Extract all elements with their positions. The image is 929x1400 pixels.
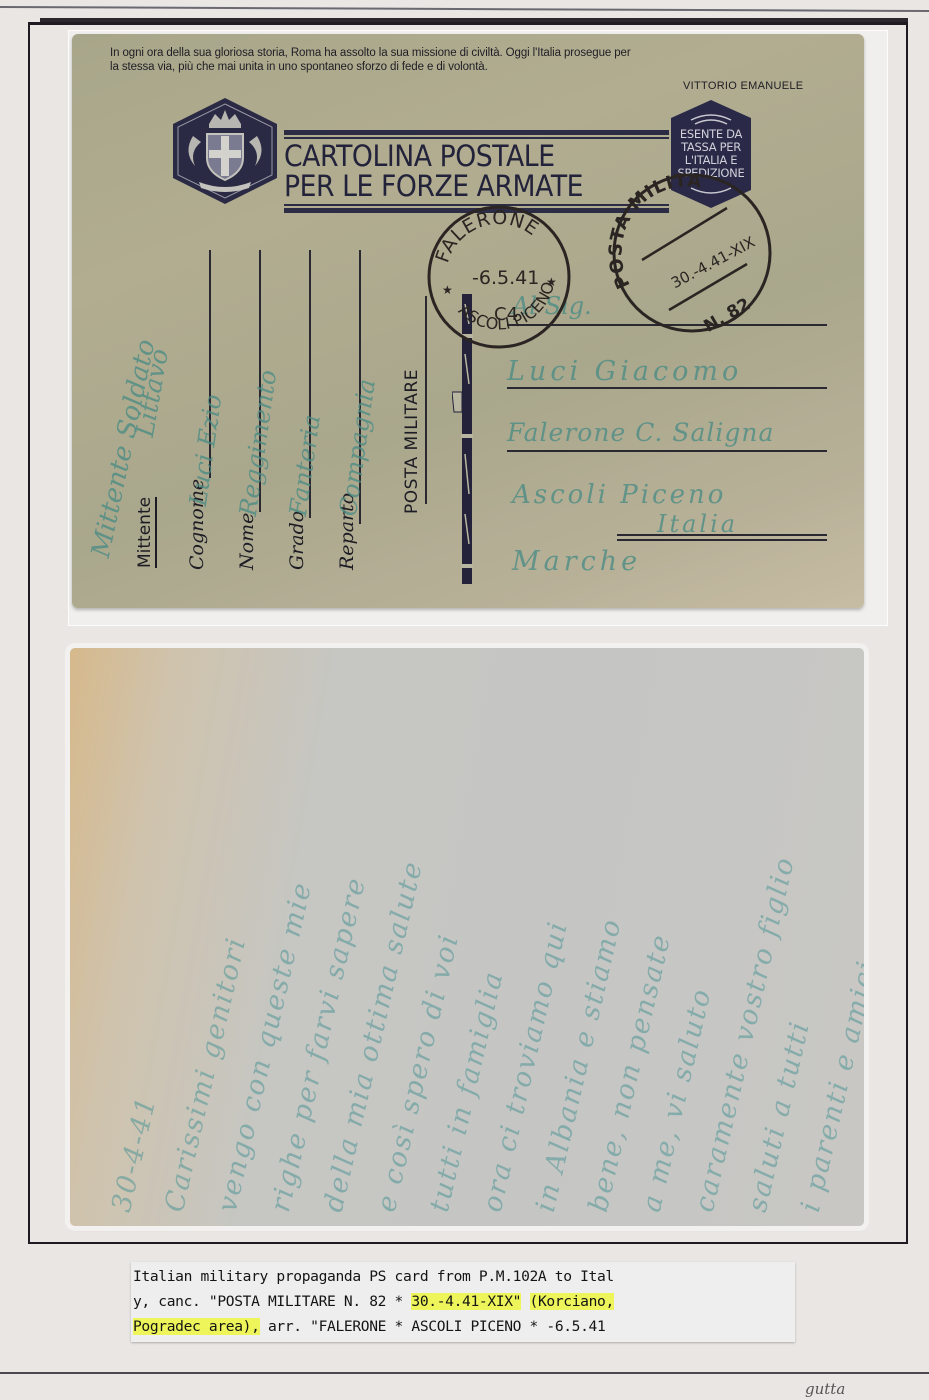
handwritten-sender-line: Compagnia — [334, 377, 381, 518]
handwritten-address-line: Ascoli Piceno — [512, 480, 726, 510]
postcard-back: 30-4-41Carissimi genitorivengo con quest… — [70, 648, 864, 1226]
field-nome: Nome — [236, 513, 258, 570]
postmark-falerone-icon: FALERONE ASCOLI PICENO -6.5.41 ★ ★ C4 — [424, 202, 574, 352]
address-line-4b — [617, 539, 827, 541]
caption-line-1: Italian military propaganda PS card from… — [133, 1264, 795, 1289]
caption-line-3: Pogradec area), arr. "FALERONE * ASCOLI … — [133, 1314, 795, 1339]
title-rule-top — [284, 130, 669, 135]
field-grado: Grado — [286, 511, 308, 570]
svg-text:FALERONE: FALERONE — [431, 207, 543, 266]
svg-text:-6.5.41: -6.5.41 — [472, 267, 539, 289]
motto-author: VITTORIO EMANUELE — [683, 80, 803, 92]
svg-text:N. 82: N. 82 — [701, 294, 755, 336]
svg-text:C4: C4 — [494, 304, 518, 325]
address-line-2 — [507, 387, 827, 389]
description-caption: Italian military propaganda PS card from… — [131, 1262, 795, 1342]
handwritten-address-line: Luci Giacomo — [507, 356, 742, 387]
caption-text: Italian military propaganda PS card from… — [133, 1268, 614, 1285]
savoy-crest-icon — [169, 96, 281, 206]
address-line-3 — [507, 450, 827, 452]
handwritten-sender-line: Reggimento — [234, 368, 282, 518]
handwritten-letter-line: 30-4-41 — [106, 1093, 163, 1215]
caption-text: arr. "FALERONE * ASCOLI PICENO * -6.5.41 — [260, 1318, 606, 1335]
handwritten-address-line: Italia — [657, 510, 738, 538]
caption-highlight-area: Pogradec area), — [133, 1318, 260, 1335]
handwritten-address-line: Falerone C. Saligna — [507, 418, 774, 447]
motto-line-2: la stessa via, più che mai unita in uno … — [110, 60, 864, 74]
handwritten-sender-line: Luci Ezio — [184, 393, 227, 508]
title-forze-armate: PER LE FORZE ARMATE — [284, 171, 638, 201]
caption-highlight-date: 30.-4.41-XIX" — [411, 1293, 521, 1310]
postcard-front: In ogni ora della sua gloriosa storia, R… — [72, 34, 864, 608]
svg-text:★: ★ — [442, 283, 453, 297]
title-cartolina-postale: CARTOLINA POSTALE — [284, 141, 638, 171]
svg-text:★: ★ — [546, 275, 557, 289]
caption-line-2: y, canc. "POSTA MILITARE N. 82 * 30.-4.4… — [133, 1289, 795, 1314]
sender-label: Mittente — [135, 497, 157, 568]
album-page-top-rule — [0, 6, 929, 12]
handwritten-letter-line: i parenti e amici — [795, 957, 864, 1215]
propaganda-motto: In ogni ora della sua gloriosa storia, R… — [110, 46, 864, 74]
caption-highlight-place: (Korciano, — [530, 1293, 614, 1310]
album-page-bottom-rule — [0, 1372, 929, 1374]
motto-line-1: In ogni ora della sua gloriosa storia, R… — [110, 46, 864, 60]
pencil-note: gutta — [805, 1380, 845, 1398]
handwritten-sender-line: Fanteria — [284, 413, 326, 518]
handwritten-address-line: Marche — [512, 546, 641, 577]
caption-text — [521, 1293, 529, 1310]
posta-militare-label: POSTA MILITARE — [402, 369, 422, 514]
caption-text: y, canc. "POSTA MILITARE N. 82 * — [133, 1293, 411, 1310]
postmark-posta-militare-icon: POSTA MILITARE 30.-4.41-XIX N. 82 — [607, 168, 777, 338]
